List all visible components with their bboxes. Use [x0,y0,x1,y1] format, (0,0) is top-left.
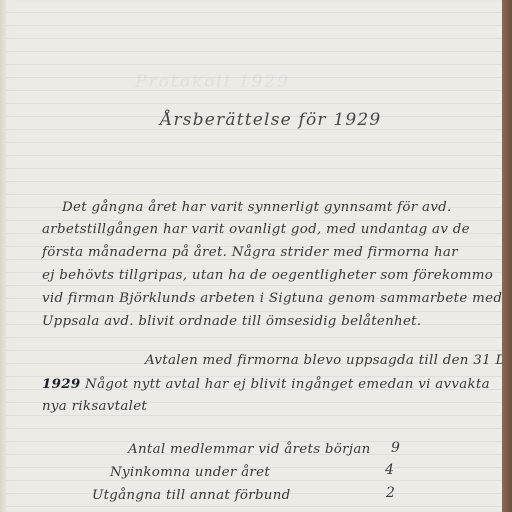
membership-row-value: 9 [391,440,400,456]
membership-row-value: 4 [385,462,394,478]
paragraph1-line5: vid firman Björklunds arbeten i Sigtuna … [42,291,502,306]
paragraph1-line4: ej behövts tillgripas, utan ha de oegent… [42,268,493,283]
page-binding-edge [0,0,6,512]
paragraph2-line2: 1929 Något nytt avtal har ej blivit ingå… [42,376,490,392]
paragraph1-line6: Uppsala avd. blivit ordnade till ömsesid… [42,314,421,329]
paragraph2-line1: Avtalen med firmorna blevo uppsagda till… [145,353,512,368]
membership-row-label: Utgångna till annat förbund [92,488,291,503]
paragraph1-line1: Det gångna året har varit synnerligt gyn… [62,200,452,215]
bleed-through-text: Protokoll 1929 [135,72,290,92]
year-overwritten: 1929 [42,376,80,392]
membership-row-value: 2 [386,485,395,501]
book-cover-edge [502,0,512,512]
ledger-page: Protokoll 1929 Årsberättelse för 1929 De… [0,0,502,512]
paragraph2-line2-text: Något nytt avtal har ej blivit ingånget … [85,377,490,392]
membership-row-label: Antal medlemmar vid årets början [128,442,371,457]
membership-row-label: Nyinkomna under året [110,465,270,480]
paragraph1-line2: arbetstillgången har varit ovanligt god,… [42,222,470,237]
paragraph2-line3: nya riksavtalet [42,399,147,414]
page-title: Årsberättelse för 1929 [160,110,381,130]
paragraph1-line3: första månaderna på året. Några strider … [42,245,458,260]
